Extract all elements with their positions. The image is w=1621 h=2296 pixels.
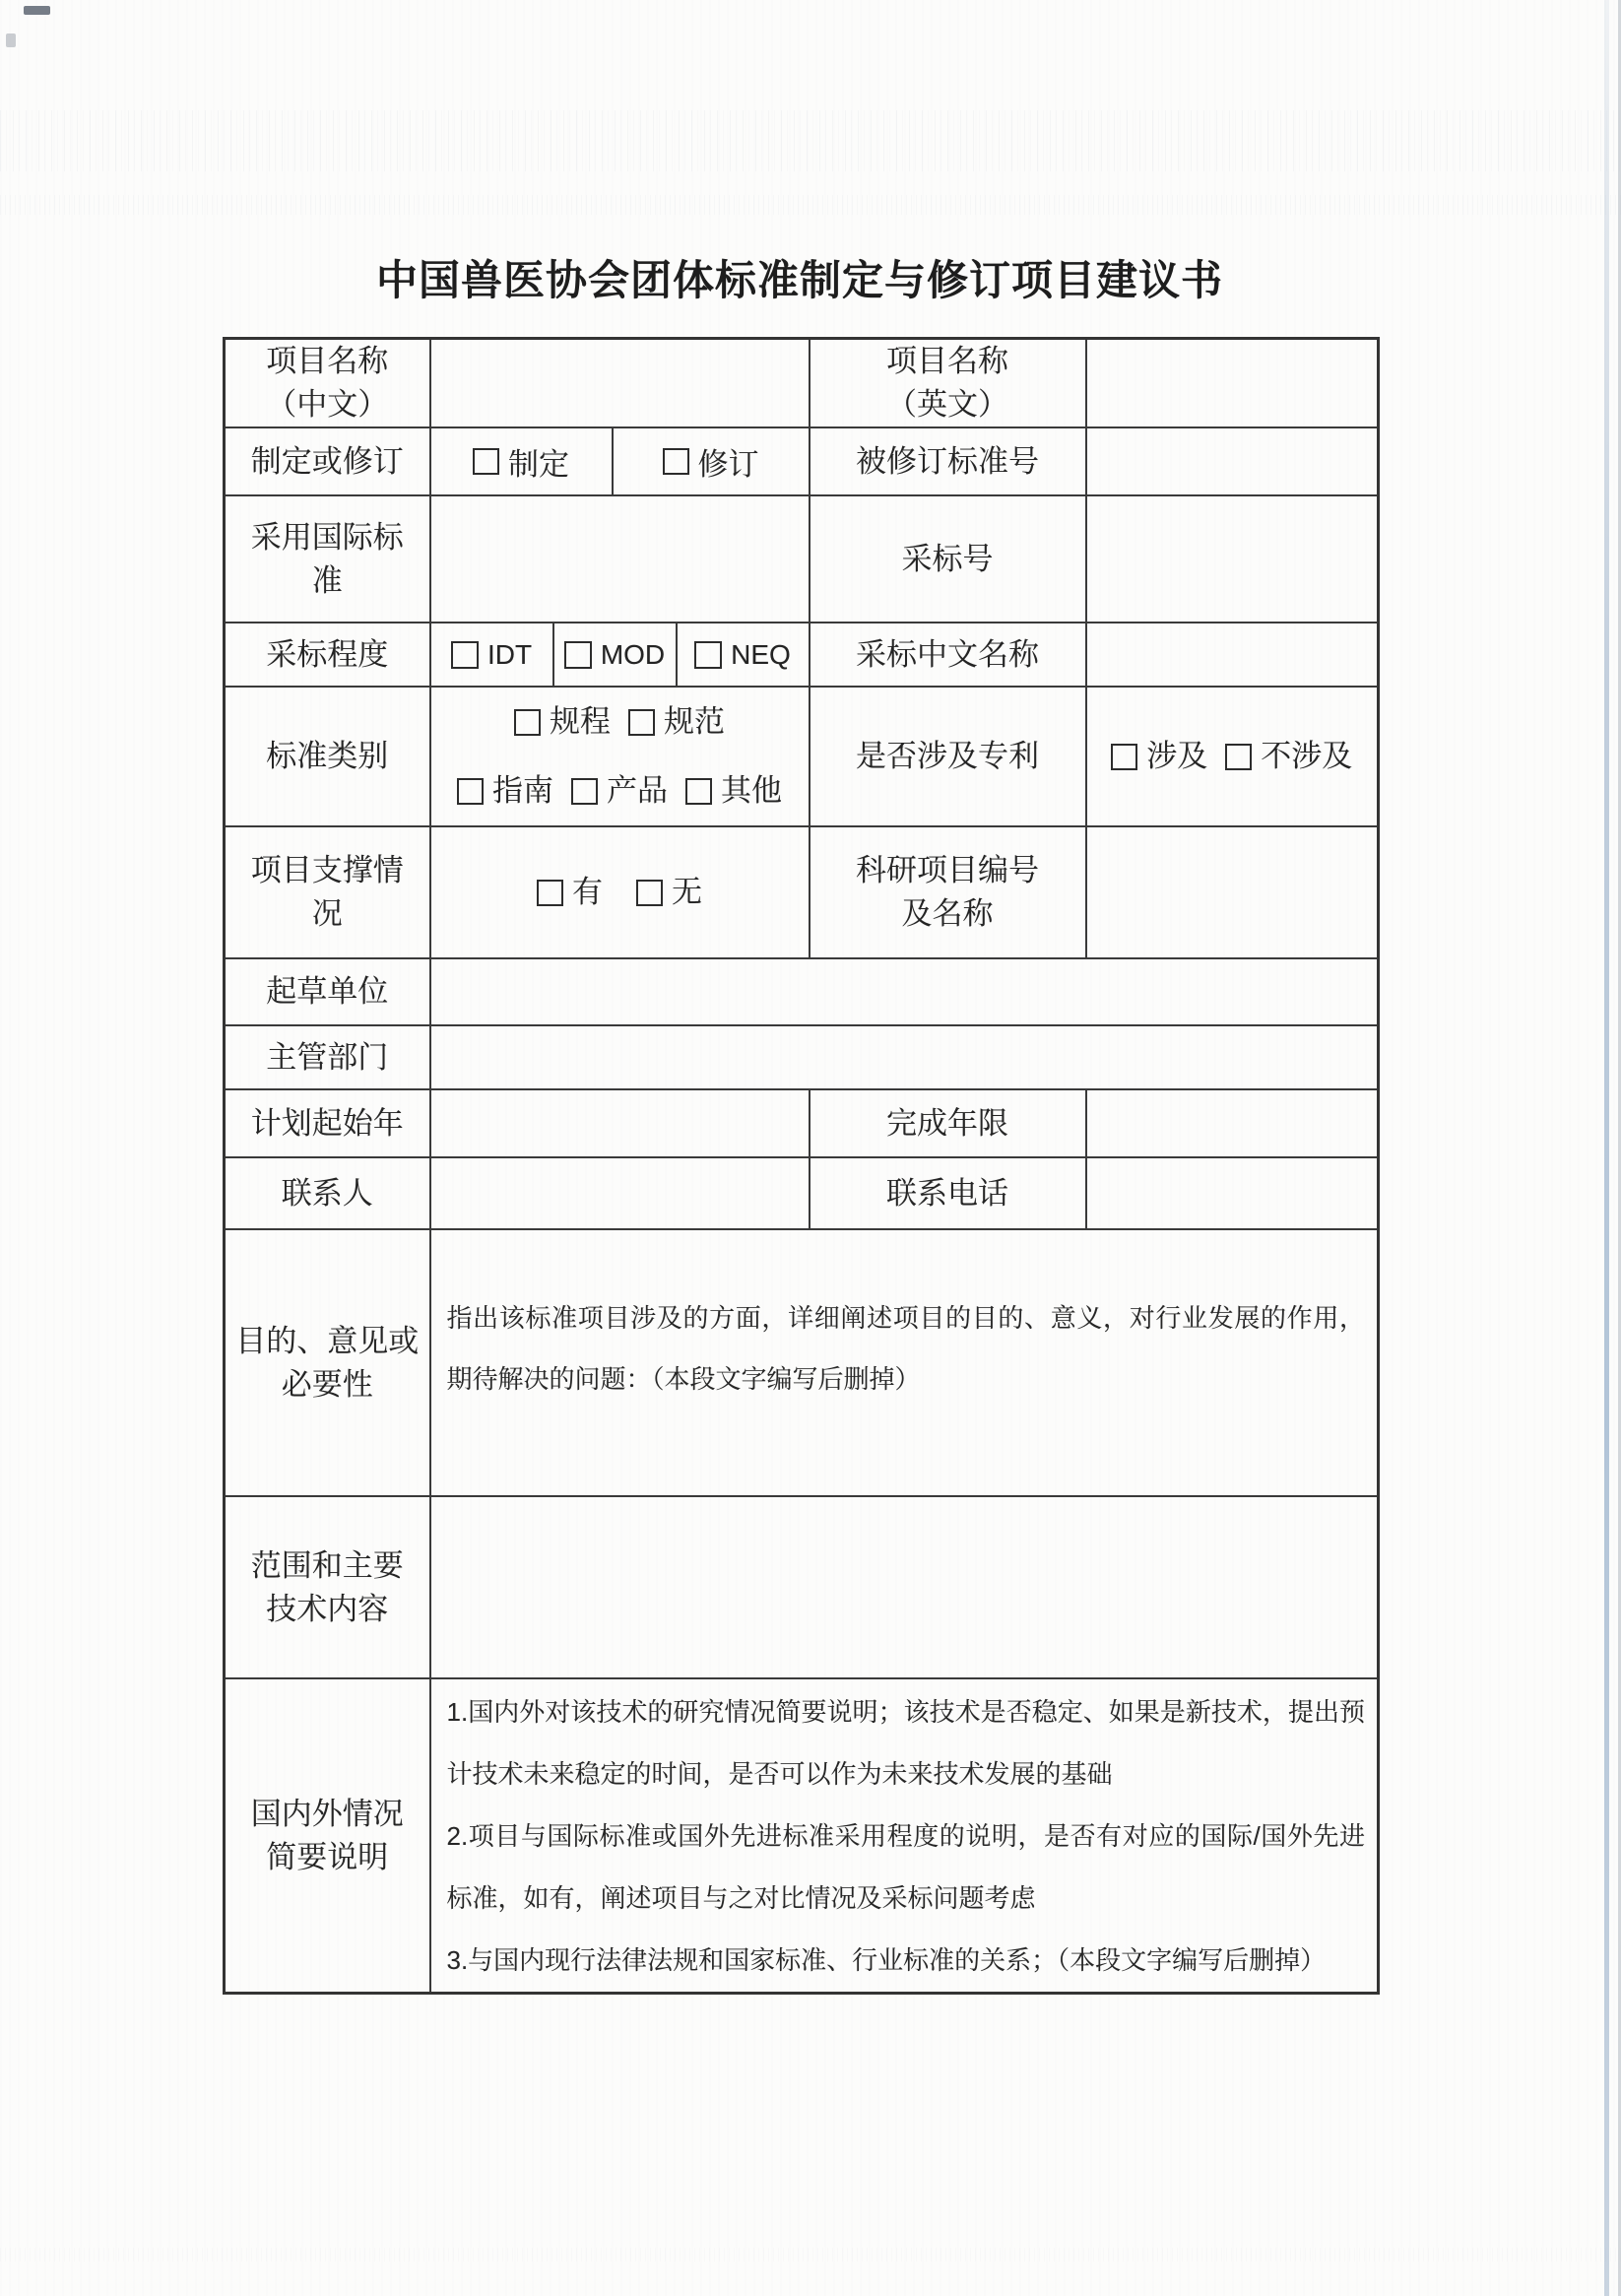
checkbox-label: 修订: [698, 439, 759, 484]
finish-years-label: 完成年限: [810, 1089, 1086, 1157]
checkbox-label: MOD: [601, 639, 665, 671]
adoption-idt-cell: IDT: [430, 623, 553, 687]
plan-start-label: 计划起始年: [225, 1089, 430, 1157]
row-scope: 范围和主要 技术内容: [225, 1496, 1379, 1678]
scan-edge-artifact: [1604, 0, 1609, 2296]
checkbox-icon: [473, 448, 499, 475]
checkbox-icon: [663, 448, 689, 475]
category-options-line2: 指南 产品 其他: [431, 756, 809, 825]
adoption-cn-name-label: 采标中文名称: [810, 623, 1086, 687]
project-name-en-label: 项目名称 （英文）: [810, 339, 1086, 428]
research-project-label: 科研项目编号 及名称: [810, 826, 1086, 958]
plan-start-input[interactable]: [430, 1089, 810, 1157]
checkbox-icon: [537, 880, 563, 906]
label-line: 技术内容: [226, 1588, 429, 1631]
label-line: 采用国际标: [226, 516, 429, 559]
domestic-foreign-hint-item: 3.与国内现行法律法规和国家标准、行业标准的关系；（本段文字编写后删掉）: [447, 1930, 1366, 1992]
label-line: （英文）: [810, 383, 1085, 426]
checkbox-icon: [694, 641, 722, 669]
label-line: 范围和主要: [226, 1544, 429, 1588]
project-support-label: 项目支撑情 况: [225, 826, 430, 958]
revised-standard-no-input[interactable]: [1086, 427, 1379, 495]
adoption-neq-cell: NEQ: [677, 623, 810, 687]
adoption-cn-name-input[interactable]: [1086, 623, 1379, 687]
checkbox-label: 规范: [664, 688, 725, 756]
research-project-input[interactable]: [1086, 826, 1379, 958]
checkbox-icon: [451, 641, 479, 669]
scanned-document-page: 中国兽医协会团体标准制定与修订项目建议书 项目名称 （中文） 项目名称 （英文）…: [0, 0, 1621, 2296]
checkbox-icon: [564, 641, 592, 669]
label-line: 国内外情况: [226, 1793, 429, 1836]
label-line: （中文）: [226, 383, 429, 426]
checkbox-patent-no[interactable]: 不涉及: [1225, 722, 1352, 791]
contact-phone-input[interactable]: [1086, 1157, 1379, 1229]
domestic-foreign-label: 国内外情况 简要说明: [225, 1678, 430, 1994]
purpose-label: 目的、意见或 必要性: [225, 1229, 430, 1496]
draft-or-revise-label: 制定或修订: [225, 427, 430, 495]
scan-noise-band: [0, 2248, 1621, 2262]
checkbox-icon: [571, 778, 598, 805]
checkbox-qita[interactable]: 其他: [685, 756, 782, 825]
scan-noise-band: [0, 110, 1621, 171]
purpose-hint-cell[interactable]: 指出该标准项目涉及的方面，详细阐述项目的目的、意义，对行业发展的作用，期待解决的…: [430, 1229, 1379, 1496]
page-title: 中国兽医协会团体标准制定与修订项目建议书: [223, 248, 1377, 307]
finish-years-input[interactable]: [1086, 1089, 1379, 1157]
checkbox-icon: [1111, 744, 1137, 770]
checkbox-label: 其他: [721, 756, 782, 825]
label-line: 简要说明: [226, 1836, 429, 1879]
row-project-support: 项目支撑情 况 有 无 科研项目编号 及名称: [225, 826, 1379, 958]
adoption-mod-cell: MOD: [553, 623, 677, 687]
competent-dept-input[interactable]: [430, 1025, 1379, 1089]
proposal-form-table: 项目名称 （中文） 项目名称 （英文） 制定或修订 制定: [223, 337, 1380, 1995]
checkbox-icon: [457, 778, 484, 805]
row-adoption-degree: 采标程度 IDT MOD: [225, 623, 1379, 687]
row-contact: 联系人 联系电话: [225, 1157, 1379, 1229]
scan-speck: [6, 33, 16, 47]
checkbox-label: IDT: [487, 639, 532, 671]
standard-category-options-cell: 规程 规范 指南 产品: [430, 687, 810, 826]
label-line: 况: [226, 892, 429, 936]
label-line: 科研项目编号: [810, 849, 1085, 892]
drafting-unit-input[interactable]: [430, 958, 1379, 1025]
intl-standard-input[interactable]: [430, 495, 810, 623]
row-purpose: 目的、意见或 必要性 指出该标准项目涉及的方面，详细阐述项目的目的、意义，对行业…: [225, 1229, 1379, 1496]
row-standard-category: 标准类别 规程 规范 指南: [225, 687, 1379, 826]
draft-option-cell: 制定: [430, 427, 613, 495]
scan-speck: [24, 6, 50, 15]
domestic-foreign-hint-item: 1.国内外对该技术的研究情况简要说明；该技术是否稳定、如果是新技术，提出预计技术…: [447, 1681, 1366, 1805]
adoption-degree-label: 采标程度: [225, 623, 430, 687]
contact-label: 联系人: [225, 1157, 430, 1229]
checkbox-label: 指南: [492, 756, 553, 825]
label-line: 准: [226, 559, 429, 603]
checkbox-guifan[interactable]: 规范: [628, 688, 725, 756]
project-name-cn-label: 项目名称 （中文）: [225, 339, 430, 428]
checkbox-label: 有: [572, 858, 603, 927]
competent-dept-label: 主管部门: [225, 1025, 430, 1089]
label-line: 目的、意见或: [226, 1320, 429, 1363]
checkbox-label: 规程: [550, 688, 611, 756]
row-drafting-unit: 起草单位: [225, 958, 1379, 1025]
checkbox-icon: [685, 778, 712, 805]
checkbox-guicheng[interactable]: 规程: [514, 688, 611, 756]
row-plan-years: 计划起始年 完成年限: [225, 1089, 1379, 1157]
row-project-name: 项目名称 （中文） 项目名称 （英文）: [225, 339, 1379, 428]
label-line: 项目名称: [810, 340, 1085, 383]
checkbox-label: 产品: [607, 756, 668, 825]
adoption-code-label: 采标号: [810, 495, 1086, 623]
label-line: 项目名称: [226, 340, 429, 383]
checkbox-support-yes[interactable]: 有: [537, 858, 603, 927]
checkbox-support-no[interactable]: 无: [636, 858, 702, 927]
row-intl-standard: 采用国际标 准 采标号: [225, 495, 1379, 623]
drafting-unit-label: 起草单位: [225, 958, 430, 1025]
checkbox-chanpin[interactable]: 产品: [571, 756, 668, 825]
scope-label: 范围和主要 技术内容: [225, 1496, 430, 1678]
project-support-options-cell: 有 无: [430, 826, 810, 958]
checkbox-icon: [1225, 744, 1252, 770]
checkbox-icon: [628, 709, 655, 736]
purpose-hint-text: 指出该标准项目涉及的方面，详细阐述项目的目的、意义，对行业发展的作用，期待解决的…: [447, 1287, 1366, 1410]
label-line: 项目支撑情: [226, 849, 429, 892]
project-name-cn-input[interactable]: [430, 339, 810, 428]
revise-option-cell: 修订: [613, 427, 810, 495]
scan-noise-band: [0, 195, 1621, 215]
contact-phone-label: 联系电话: [810, 1157, 1086, 1229]
checkbox-label: NEQ: [731, 639, 791, 671]
adoption-code-input[interactable]: [1086, 495, 1379, 623]
checkbox-neq[interactable]: NEQ: [694, 639, 791, 671]
category-options-line1: 规程 规范: [431, 688, 809, 756]
patent-label: 是否涉及专利: [810, 687, 1086, 826]
standard-category-label: 标准类别: [225, 687, 430, 826]
checkbox-mod[interactable]: MOD: [564, 639, 665, 671]
domestic-foreign-hint-item: 2.项目与国际标准或国外先进标准采用程度的说明，是否有对应的国际/国外先进标准，…: [447, 1805, 1366, 1930]
checkbox-idt[interactable]: IDT: [451, 639, 532, 671]
checkbox-patent-yes[interactable]: 涉及: [1111, 722, 1207, 791]
label-line: 必要性: [226, 1363, 429, 1407]
checkbox-label: 制定: [508, 439, 569, 484]
checkbox-label: 无: [672, 858, 702, 927]
domestic-foreign-hint-cell[interactable]: 1.国内外对该技术的研究情况简要说明；该技术是否稳定、如果是新技术，提出预计技术…: [430, 1678, 1379, 1994]
patent-options-cell: 涉及 不涉及: [1086, 687, 1379, 826]
checkbox-icon: [636, 880, 663, 906]
checkbox-label: 不涉及: [1261, 722, 1352, 791]
checkbox-icon: [514, 709, 541, 736]
row-competent-dept: 主管部门: [225, 1025, 1379, 1089]
checkbox-draft[interactable]: 制定: [473, 439, 569, 484]
row-draft-or-revise: 制定或修订 制定 修订 被修订标准号: [225, 427, 1379, 495]
contact-input[interactable]: [430, 1157, 810, 1229]
row-domestic-foreign: 国内外情况 简要说明 1.国内外对该技术的研究情况简要说明；该技术是否稳定、如果…: [225, 1678, 1379, 1994]
checkbox-zhinan[interactable]: 指南: [457, 756, 553, 825]
revised-standard-no-label: 被修订标准号: [810, 427, 1086, 495]
scope-input[interactable]: [430, 1496, 1379, 1678]
project-name-en-input[interactable]: [1086, 339, 1379, 428]
intl-standard-label: 采用国际标 准: [225, 495, 430, 623]
checkbox-revise[interactable]: 修订: [663, 439, 759, 484]
label-line: 及名称: [810, 892, 1085, 936]
checkbox-label: 涉及: [1146, 722, 1207, 791]
